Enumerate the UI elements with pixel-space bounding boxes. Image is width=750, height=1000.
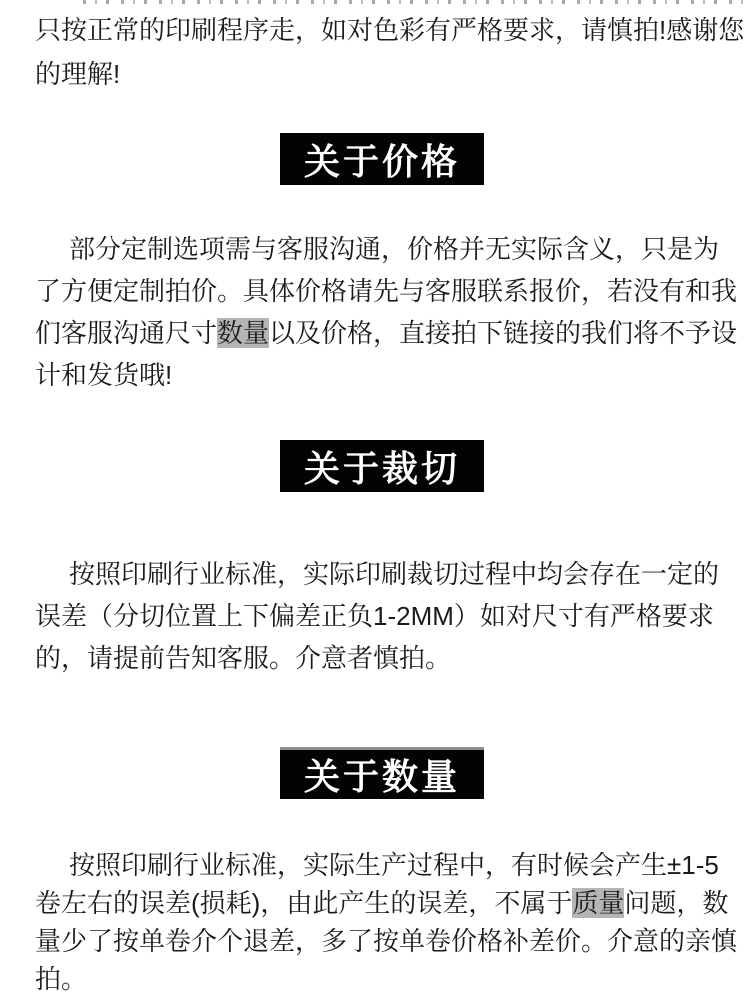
highlighted-term: 数量 [217,318,269,348]
paragraph-line: 计和发货哦! [35,354,715,396]
price-paragraph: 部分定制选项需与客服沟通，价格并无实际含义，只是为了方便定制拍价。具体价格请先与… [35,228,715,396]
text-segment: 们客服沟通尺寸 [35,318,217,348]
paragraph-line: 只按正常的印刷程序走，如对色彩有严格要求，请慎拍!感谢您 [35,8,715,52]
notice-content: 只按正常的印刷程序走，如对色彩有严格要求，请慎拍!感谢您的理解! 关于价格 部分… [0,0,750,998]
cutting-section-title: 关于裁切 [304,441,460,492]
paragraph-line: 卷左右的误差(损耗)，由此产生的误差，不属于质量问题，数 [35,884,715,922]
cutting-paragraph: 按照印刷行业标准，实际印刷裁切过程中均会存在一定的误差（分切位置上下偏差正负1-… [35,553,715,679]
text-segment: 部分定制选项需与客服沟通，价格并无实际含义，只是为 [69,234,719,264]
paragraph-line: 按照印刷行业标准，实际印刷裁切过程中均会存在一定的 [35,553,715,595]
price-section-title: 关于价格 [304,134,460,185]
paragraph-line: 部分定制选项需与客服沟通，价格并无实际含义，只是为 [35,228,715,270]
price-section-banner: 关于价格 [280,133,484,185]
quantity-section-title: 关于数量 [304,749,460,800]
paragraph-line: 按照印刷行业标准，实际生产过程中，有时候会产生±1-5 [35,846,715,884]
text-segment: 问题，数 [624,888,728,918]
paragraph-line: 了方便定制拍价。具体价格请先与客服联系报价，若没有和我 [35,270,715,312]
text-segment: 卷左右的误差(损耗)，由此产生的误差，不属于 [35,888,572,918]
text-segment: 按照印刷行业标准，实际印刷裁切过程中均会存在一定的 [69,559,719,589]
section-price: 关于价格 部分定制选项需与客服沟通，价格并无实际含义，只是为了方便定制拍价。具体… [0,133,750,396]
section-cutting: 关于裁切 按照印刷行业标准，实际印刷裁切过程中均会存在一定的误差（分切位置上下偏… [0,440,750,679]
paragraph-line: 误差（分切位置上下偏差正负1-2MM）如对尺寸有严格要求 [35,595,715,637]
text-segment: 以及价格，直接拍下链接的我们将不予设 [269,318,737,348]
section-quantity: 关于数量 按照印刷行业标准，实际生产过程中，有时候会产生±1-5卷左右的误差(损… [0,747,750,998]
paragraph-line: 们客服沟通尺寸数量以及价格，直接拍下链接的我们将不予设 [35,312,715,354]
cutting-section-banner: 关于裁切 [280,440,484,492]
highlighted-term: 质量 [572,888,624,918]
text-segment: 按照印刷行业标准，实际生产过程中，有时候会产生±1-5 [69,850,719,880]
paragraph-line: 的，请提前告知客服。介意者慎拍。 [35,637,715,679]
text-segment: 了方便定制拍价。具体价格请先与客服联系报价，若没有和我 [35,276,737,306]
paragraph-line: 的理解! [35,52,715,96]
text-segment: 量少了按单卷介个退差，多了按单卷价格补差价。介意的亲慎 [35,926,737,956]
text-segment: 计和发货哦! [35,360,172,390]
text-segment: 拍。 [35,964,87,994]
paragraph-line: 量少了按单卷介个退差，多了按单卷价格补差价。介意的亲慎 [35,922,715,960]
text-segment: 只按正常的印刷程序走，如对色彩有严格要求，请慎拍!感谢您 [35,15,744,45]
product-notice-page: { "page": { "background": "#ffffff", "te… [0,0,750,1000]
quantity-section-banner: 关于数量 [280,747,484,799]
intro-paragraph: 只按正常的印刷程序走，如对色彩有严格要求，请慎拍!感谢您的理解! [35,8,715,96]
paragraph-line: 拍。 [35,960,715,998]
text-segment: 的理解! [35,59,120,89]
text-segment: 的，请提前告知客服。介意者慎拍。 [35,643,451,673]
clipped-previous-line-fragments [83,0,743,4]
text-segment: 误差（分切位置上下偏差正负1-2MM）如对尺寸有严格要求 [35,601,714,631]
quantity-paragraph: 按照印刷行业标准，实际生产过程中，有时候会产生±1-5卷左右的误差(损耗)，由此… [35,846,715,998]
